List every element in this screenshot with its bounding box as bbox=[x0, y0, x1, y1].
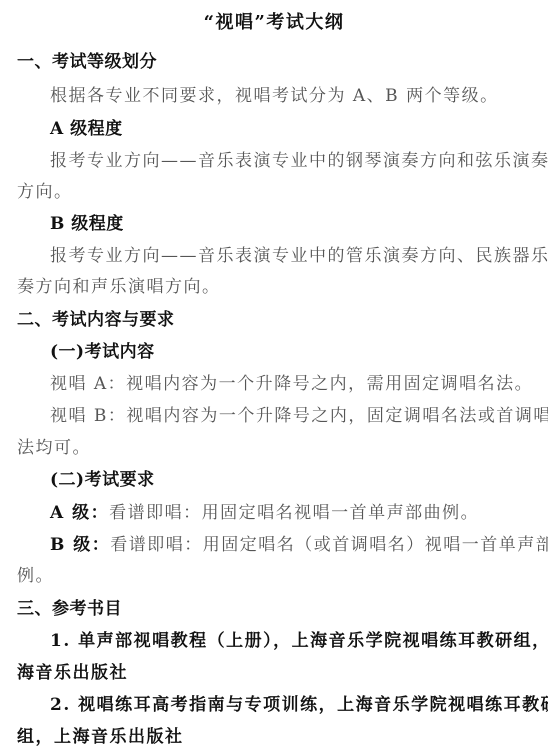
level-a-text-line1: 报考专业方向——音乐表演专业中的钢琴演奏方向和弦乐演奏 bbox=[50, 151, 548, 171]
level-b-heading: B 级程度 bbox=[50, 214, 124, 234]
section-heading-content: 二、考试内容与要求 bbox=[17, 310, 175, 330]
reference-1-line1: 1. 单声部视唱教程（上册），上海音乐学院视唱练耳教研组，上 bbox=[50, 631, 548, 651]
section-heading-levels: 一、考试等级划分 bbox=[17, 52, 157, 72]
requirements-subheading: (二)考试要求 bbox=[50, 470, 155, 490]
requirement-b-text: 看谱即唱：用固定唱名（或首调唱名）视唱一首单声部曲 bbox=[110, 535, 548, 555]
reference-2-line1: 2. 视唱练耳高考指南与专项训练，上海音乐学院视唱练耳教研 bbox=[50, 695, 548, 715]
level-b-text-line1: 报考专业方向——音乐表演专业中的管乐演奏方向、民族器乐演 bbox=[50, 246, 548, 266]
level-a-text-line2: 方向。 bbox=[17, 182, 73, 202]
requirement-a-label: A 级： bbox=[50, 503, 109, 523]
requirement-b: B 级：看谱即唱：用固定唱名（或首调唱名）视唱一首单声部曲 bbox=[50, 535, 548, 555]
level-a-heading: A 级程度 bbox=[50, 119, 123, 139]
requirement-b-label: B 级： bbox=[50, 535, 110, 555]
level-b-text-line2: 奏方向和声乐演唱方向。 bbox=[17, 277, 221, 297]
requirement-b-line2: 例。 bbox=[17, 566, 54, 586]
section-heading-references: 三、参考书目 bbox=[17, 599, 122, 619]
reference-2-line2: 组，上海音乐出版社 bbox=[17, 727, 184, 747]
reference-1-line2: 海音乐出版社 bbox=[17, 663, 128, 683]
content-b-line2: 法均可。 bbox=[17, 438, 91, 458]
content-subheading: (一)考试内容 bbox=[50, 342, 155, 362]
content-b-line1: 视唱 B：视唱内容为一个升降号之内，固定调唱名法或首调唱名 bbox=[50, 406, 548, 426]
page-title: “视唱”考试大纲 bbox=[0, 13, 548, 33]
requirement-a-text: 看谱即唱：用固定唱名视唱一首单声部曲例。 bbox=[109, 503, 479, 523]
levels-intro: 根据各专业不同要求，视唱考试分为 A、B 两个等级。 bbox=[50, 86, 499, 106]
requirement-a: A 级：看谱即唱：用固定唱名视唱一首单声部曲例。 bbox=[50, 503, 479, 523]
content-a: 视唱 A：视唱内容为一个升降号之内，需用固定调唱名法。 bbox=[50, 374, 533, 394]
